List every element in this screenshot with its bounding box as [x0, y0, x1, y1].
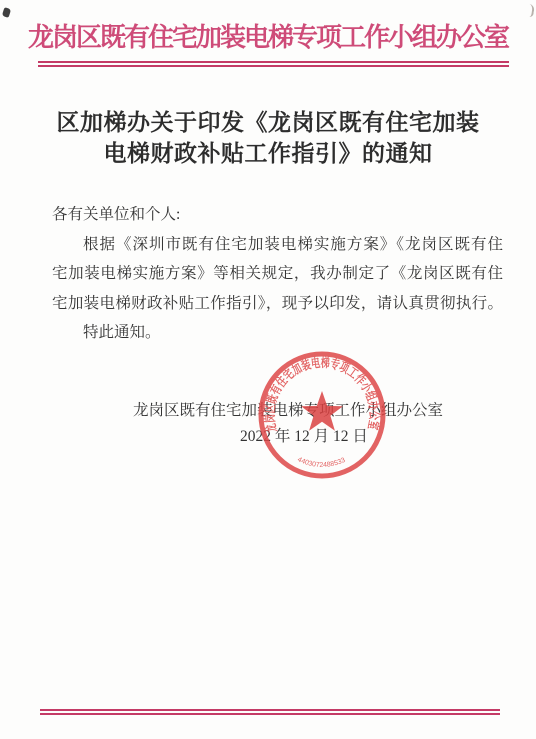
seal-serial-number: 4403072488533	[296, 456, 346, 469]
document-title: 区加梯办关于印发《龙岗区既有住宅加装 电梯财政补贴工作指引》的通知	[0, 107, 536, 169]
body-line-1: 根据《深圳市既有住宅加装电梯实施方案》《龙岗区既有住	[52, 230, 503, 260]
body-line-3: 宅加装电梯财政补贴工作指引》，现予以印发，请认真贯彻执行。	[52, 289, 503, 319]
body-line-2: 宅加装电梯实施方案》等相关规定，我办制定了《龙岗区既有住	[52, 259, 503, 289]
document-page: 龙岗区既有住宅加装电梯专项工作小组办公室 区加梯办关于印发《龙岗区既有住宅加装 …	[0, 0, 536, 739]
document-title-line2: 电梯财政补贴工作指引》的通知	[0, 138, 536, 169]
document-body: 各有关单位和个人: 根据《深圳市既有住宅加装电梯实施方案》《龙岗区既有住 宅加装…	[52, 200, 503, 348]
scan-artifact-top-right	[525, 4, 535, 18]
letterhead-office-name: 龙岗区既有住宅加装电梯专项工作小组办公室	[0, 17, 536, 54]
signature-date: 2022 年 12 月 12 日	[240, 424, 368, 446]
seal-ring-text: 龙岗区既有住宅加装电梯专项工作小组办公室	[262, 355, 382, 435]
footer-double-rule	[40, 709, 500, 715]
salutation: 各有关单位和个人:	[52, 200, 503, 230]
signature-org: 龙岗区既有住宅加装电梯专项工作小组办公室	[133, 398, 443, 420]
closing-line: 特此通知。	[52, 318, 503, 348]
letterhead-double-rule	[38, 61, 509, 67]
document-title-line1: 区加梯办关于印发《龙岗区既有住宅加装	[0, 107, 536, 138]
